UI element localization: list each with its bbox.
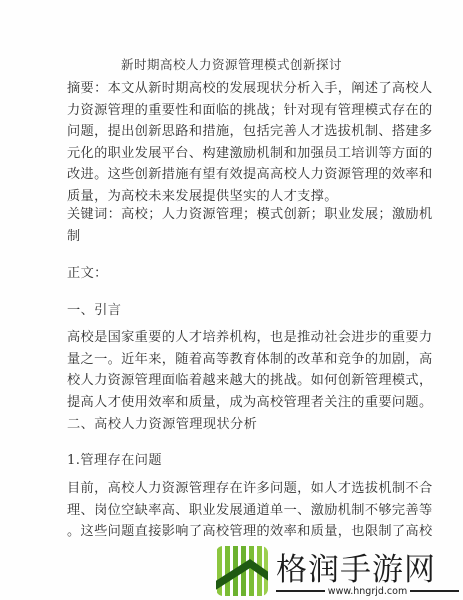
divider (410, 590, 459, 592)
abstract-line: 元化的职业发展平台、构建激励机制和加强员工培训等方面的 (67, 143, 402, 165)
problems-line: 目前，高校人力资源管理存在许多问题，如人才选拔机制不合 (67, 478, 402, 500)
problems-paragraph: 目前，高校人力资源管理存在许多问题，如人才选拔机制不合 理、岗位空缺率高、职业发… (67, 478, 402, 543)
section-heading-status-analysis: 二、高校人力资源管理现状分析 (67, 413, 257, 432)
introduction-line: 量之一。近年来，随着高等教育体制的改革和竞争的加剧，高 (67, 349, 402, 371)
keywords-line: 制 (67, 226, 402, 248)
divider (276, 590, 325, 592)
brand-url-row: www.hngrjd.com (276, 585, 459, 597)
problems-line: 。这些问题直接影响了高校管理的效率和质量，也限制了高校 (67, 521, 402, 543)
watermark-logo: 格润手游网 www.hngrjd.com (216, 542, 463, 600)
introduction-line: 校人力资源管理面临着越来越大的挑战。如何创新管理模式， (67, 370, 402, 392)
abstract-paragraph: 摘要：本文从新时期高校的发展现状分析入手，阐述了高校人 力资源管理的重要性和面临… (67, 78, 402, 207)
abstract-line: 问题，提出创新思路和措施，包括完善人才选拔机制、搭建多 (67, 121, 402, 143)
abstract-line: 摘要：本文从新时期高校的发展现状分析入手，阐述了高校人 (67, 78, 402, 100)
keywords-line: 关键词：高校；人力资源管理；模式创新；职业发展；激励机 (67, 204, 402, 226)
document-page: 新时期高校人力资源管理模式创新探讨 摘要：本文从新时期高校的发展现状分析入手，阐… (0, 0, 463, 600)
introduction-line: 高校是国家重要的人才培养机构，也是推动社会进步的重要力 (67, 327, 402, 349)
introduction-paragraph: 高校是国家重要的人才培养机构，也是推动社会进步的重要力 量之一。近年来，随着高等… (67, 327, 402, 413)
body-label: 正文： (67, 262, 108, 281)
problems-line: 理、岗位空缺率高、职业发展通道单一、激励机制不够完善等 (67, 500, 402, 522)
brand-name: 格润手游网 (276, 544, 436, 589)
keywords-paragraph: 关键词：高校；人力资源管理；模式创新；职业发展；激励机 制 (67, 204, 402, 247)
section-heading-introduction: 一、引言 (67, 299, 121, 318)
abstract-line: 力资源管理的重要性和面临的挑战；针对现有管理模式存在的 (67, 100, 402, 122)
abstract-line: 改进。这些创新措施有望有效提高高校人力资源管理的效率和 (67, 164, 402, 186)
house-stripes-logo-icon (216, 546, 268, 596)
document-title: 新时期高校人力资源管理模式创新探讨 (0, 55, 463, 73)
brand-url: www.hngrjd.com (325, 586, 410, 597)
introduction-line: 提高人才使用效率和质量，成为高校管理者关注的重要问题。 (67, 392, 402, 414)
subsection-heading-problems: 1.管理存在问题 (67, 449, 162, 468)
